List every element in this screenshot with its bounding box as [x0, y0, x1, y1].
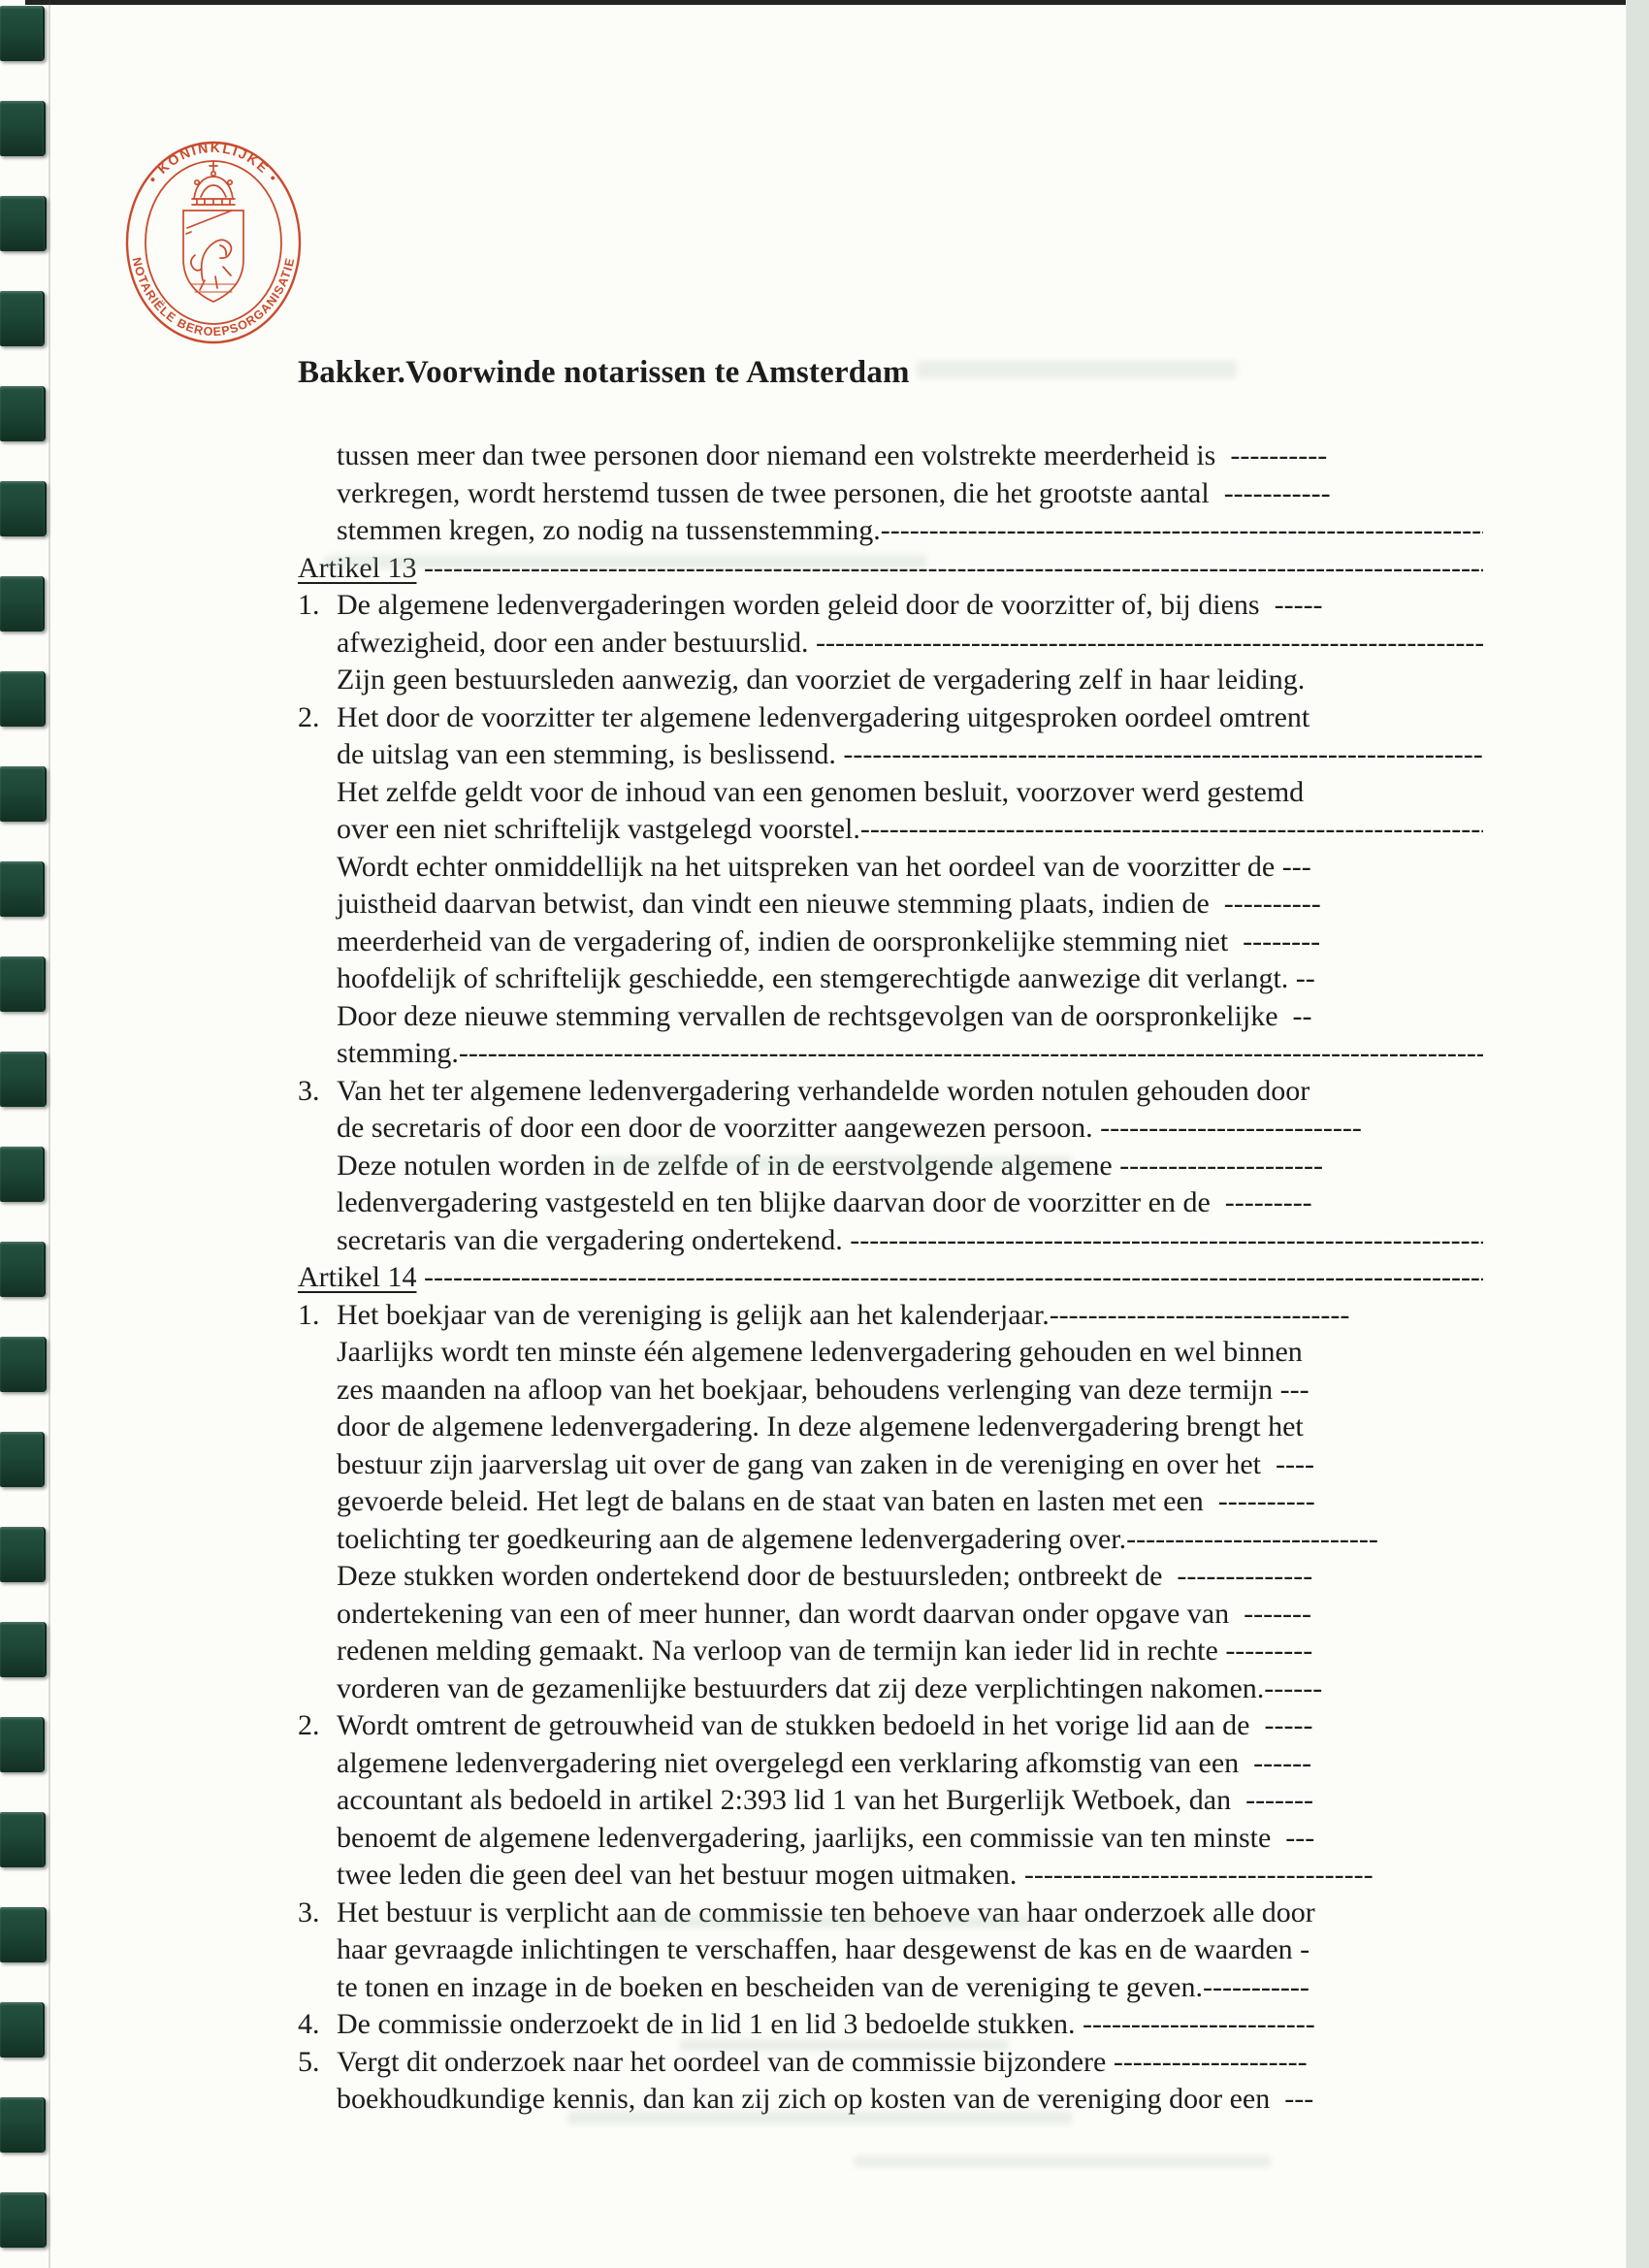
body-line: de secretaris of door een door de voorzi…: [298, 1110, 1483, 1148]
line-text: Wordt omtrent de getrouwheid van de stuk…: [337, 1709, 1312, 1741]
line-text: secretaris van die vergadering onderteke…: [337, 1224, 1483, 1256]
bleedthrough-artifact: [917, 361, 1237, 378]
body-line: 1.De algemene ledenvergaderingen worden …: [298, 587, 1483, 625]
body-line: accountant als bedoeld in artikel 2:393 …: [298, 1782, 1483, 1820]
binding-tab: [0, 6, 45, 61]
line-text: Het boekjaar van de vereniging is gelijk…: [337, 1299, 1349, 1331]
body-line: afwezigheid, door een ander bestuurslid.…: [298, 625, 1483, 663]
binding-tab: [0, 1717, 45, 1772]
line-text: te tonen en inzage in de boeken en besch…: [337, 1971, 1309, 2003]
line-text: De commissie onderzoekt de in lid 1 en l…: [337, 2008, 1315, 2040]
list-number: 4.: [298, 2006, 320, 2044]
binding-tab: [0, 1432, 45, 1487]
line-text: Het zelfde geldt voor de inhoud van een …: [337, 776, 1304, 808]
body-line: Wordt echter onmiddellijk na het uitspre…: [298, 849, 1483, 887]
binding-tab: [0, 1337, 47, 1392]
body-line: te tonen en inzage in de boeken en besch…: [298, 1969, 1483, 2007]
list-number: 5.: [298, 2044, 320, 2082]
seal-text-bottom: NOTARIËLE BEROEPSORGANISATIE: [130, 256, 298, 339]
body-line: 3.Van het ter algemene ledenvergadering …: [298, 1073, 1483, 1111]
body-line: stemmen kregen, zo nodig na tussenstemmi…: [298, 512, 1483, 550]
binding-tab: [0, 1812, 46, 1867]
body-line: 5.Vergt dit onderzoek naar het oordeel v…: [298, 2044, 1483, 2082]
line-text: boekhoudkundige kennis, dan kan zij zich…: [337, 2083, 1313, 2115]
body-line: ondertekening van een of meer hunner, da…: [298, 1596, 1483, 1634]
binding-tab: [0, 2192, 47, 2248]
line-text: ledenvergadering vastgesteld en ten blij…: [337, 1186, 1312, 1218]
knb-seal: • KONINKLIJKE • NOTARIËLE BEROEPSORGANIS…: [123, 139, 304, 347]
line-text: De algemene ledenvergaderingen worden ge…: [337, 589, 1323, 621]
body-line: Jaarlijks wordt ten minste één algemene …: [298, 1334, 1483, 1372]
body-line: juistheid daarvan betwist, dan vindt een…: [298, 886, 1483, 923]
line-text: algemene ledenvergadering niet overgeleg…: [337, 1747, 1311, 1779]
binding-tab: [0, 101, 46, 156]
body-line: toelichting ter goedkeuring aan de algem…: [298, 1521, 1483, 1559]
line-text: twee leden die geen deel van het bestuur…: [337, 1859, 1374, 1891]
document-body: tussen meer dan twee personen door niema…: [298, 437, 1483, 2119]
body-line: 4.De commissie onderzoekt de in lid 1 en…: [298, 2006, 1483, 2044]
line-text: ----------------------------------------…: [416, 1261, 1483, 1293]
body-line: 1.Het boekjaar van de vereniging is geli…: [298, 1297, 1483, 1335]
list-number: 3.: [298, 1895, 320, 1932]
body-line: vorderen van de gezamenlijke bestuurders…: [298, 1670, 1483, 1708]
binding-tab: [0, 1147, 45, 1202]
list-number: 2.: [298, 1707, 320, 1745]
artikel-heading-line: Artikel 14 -----------------------------…: [298, 1259, 1483, 1297]
line-text: Wordt echter onmiddellijk na het uitspre…: [337, 851, 1311, 883]
binding-tab: [0, 1622, 47, 1677]
binding-tab: [0, 481, 47, 536]
line-text: Het door de voorzitter ter algemene lede…: [337, 701, 1309, 733]
line-text: Van het ter algemene ledenvergadering ve…: [337, 1075, 1309, 1107]
line-text: bestuur zijn jaarverslag uit over de gan…: [337, 1448, 1314, 1480]
binding-tab: [0, 2002, 45, 2057]
body-line: boekhoudkundige kennis, dan kan zij zich…: [298, 2081, 1483, 2119]
body-line: Het zelfde geldt voor de inhoud van een …: [298, 774, 1483, 812]
body-line: benoemt de algemene ledenvergadering, ja…: [298, 1820, 1483, 1858]
line-text: ondertekening van een of meer hunner, da…: [337, 1598, 1311, 1630]
body-line: Deze stukken worden ondertekend door de …: [298, 1558, 1483, 1596]
line-text: de secretaris of door een door de voorzi…: [337, 1112, 1362, 1144]
body-line: over een niet schriftelijk vastgelegd vo…: [298, 811, 1483, 849]
body-line: redenen melding gemaakt. Na verloop van …: [298, 1633, 1483, 1670]
bleedthrough-artifact: [854, 2155, 1271, 2167]
binding-tab: [0, 671, 46, 727]
binding-tab: [0, 956, 46, 1012]
body-line: verkregen, wordt herstemd tussen de twee…: [298, 475, 1483, 513]
line-text: door de algemene ledenvergadering. In de…: [337, 1410, 1304, 1442]
artikel-label: Artikel 14: [298, 1261, 416, 1293]
binding-tab: [0, 1242, 46, 1297]
line-text: redenen melding gemaakt. Na verloop van …: [337, 1635, 1312, 1667]
line-text: Het bestuur is verplicht aan de commissi…: [337, 1896, 1315, 1928]
scanned-document-page: { "document": { "header": "Bakker.Voorwi…: [0, 0, 1649, 2268]
line-text: Deze stukken worden ondertekend door de …: [337, 1560, 1312, 1592]
seal-crest: [183, 162, 243, 302]
line-text: gevoerde beleid. Het legt de balans en d…: [337, 1485, 1315, 1517]
body-line: stemming.-------------------------------…: [298, 1035, 1483, 1073]
binding-tab: [0, 766, 47, 822]
line-text: Jaarlijks wordt ten minste één algemene …: [337, 1336, 1303, 1368]
line-text: Deze notulen worden in de zelfde of in d…: [337, 1150, 1323, 1182]
binding-tab: [0, 291, 45, 346]
line-text: stemming.-------------------------------…: [337, 1037, 1483, 1069]
line-text: vorderen van de gezamenlijke bestuurders…: [337, 1672, 1322, 1704]
line-text: haar gevraagde inlichtingen te verschaff…: [337, 1933, 1309, 1965]
svg-text:NOTARIËLE BEROEPSORGANISATIE: NOTARIËLE BEROEPSORGANISATIE: [130, 256, 298, 339]
line-text: Zijn geen bestuursleden aanwezig, dan vo…: [337, 664, 1305, 696]
line-text: tussen meer dan twee personen door niema…: [337, 439, 1327, 471]
scan-top-edge: [25, 0, 1649, 5]
binding-tab: [0, 196, 47, 251]
body-line: secretaris van die vergadering onderteke…: [298, 1222, 1483, 1260]
list-number: 3.: [298, 1073, 320, 1111]
body-line: door de algemene ledenvergadering. In de…: [298, 1409, 1483, 1446]
body-line: ledenvergadering vastgesteld en ten blij…: [298, 1184, 1483, 1222]
line-text: accountant als bedoeld in artikel 2:393 …: [337, 1784, 1313, 1816]
page-left-edge: [48, 0, 50, 2268]
binding-tab: [0, 1527, 46, 1582]
binding-tab: [0, 386, 46, 441]
binding-tab: [0, 1052, 47, 1107]
line-text: hoofdelijk of schriftelijk geschiedde, e…: [337, 962, 1315, 994]
scan-right-strip: [1626, 0, 1649, 2268]
body-line: 2.Wordt omtrent de getrouwheid van de st…: [298, 1707, 1483, 1745]
line-text: verkregen, wordt herstemd tussen de twee…: [337, 477, 1331, 509]
line-text: over een niet schriftelijk vastgelegd vo…: [337, 813, 1483, 845]
body-line: meerderheid van de vergadering of, indie…: [298, 923, 1483, 961]
body-line: 3.Het bestuur is verplicht aan de commis…: [298, 1895, 1483, 1932]
list-number: 1.: [298, 587, 320, 625]
binding-tab: [0, 576, 45, 632]
body-line: Deze notulen worden in de zelfde of in d…: [298, 1148, 1483, 1185]
line-text: zes maanden na afloop van het boekjaar, …: [337, 1374, 1309, 1406]
line-text: benoemt de algemene ledenvergadering, ja…: [337, 1822, 1314, 1854]
binding-tab: [0, 1907, 47, 1962]
body-line: haar gevraagde inlichtingen te verschaff…: [298, 1931, 1483, 1969]
body-line: twee leden die geen deel van het bestuur…: [298, 1857, 1483, 1895]
artikel-heading-line: Artikel 13 -----------------------------…: [298, 550, 1483, 588]
line-text: afwezigheid, door een ander bestuurslid.…: [337, 627, 1483, 659]
line-text: toelichting ter goedkeuring aan de algem…: [337, 1523, 1378, 1555]
list-number: 1.: [298, 1297, 320, 1335]
body-line: zes maanden na afloop van het boekjaar, …: [298, 1372, 1483, 1409]
binding-tab: [0, 2097, 46, 2153]
body-line: 2.Het door de voorzitter ter algemene le…: [298, 699, 1483, 737]
line-text: ----------------------------------------…: [416, 552, 1483, 584]
body-line: hoofdelijk of schriftelijk geschiedde, e…: [298, 960, 1483, 998]
line-text: de uitslag van een stemming, is beslisse…: [337, 738, 1483, 770]
list-number: 2.: [298, 699, 320, 737]
body-line: de uitslag van een stemming, is beslisse…: [298, 736, 1483, 774]
body-line: gevoerde beleid. Het legt de balans en d…: [298, 1483, 1483, 1521]
artikel-label: Artikel 13: [298, 552, 416, 584]
body-line: algemene ledenvergadering niet overgeleg…: [298, 1745, 1483, 1783]
line-text: Door deze nieuwe stemming vervallen de r…: [337, 1000, 1311, 1032]
line-text: Vergt dit onderzoek naar het oordeel van…: [337, 2046, 1308, 2078]
body-line: Door deze nieuwe stemming vervallen de r…: [298, 998, 1483, 1036]
body-line: Zijn geen bestuursleden aanwezig, dan vo…: [298, 662, 1483, 699]
notary-office-title: Bakker.Voorwinde notarissen te Amsterdam: [298, 355, 910, 391]
binding-tab: [0, 861, 45, 917]
line-text: meerderheid van de vergadering of, indie…: [337, 925, 1320, 957]
line-text: stemmen kregen, zo nodig na tussenstemmi…: [337, 514, 1483, 546]
body-line: bestuur zijn jaarverslag uit over de gan…: [298, 1446, 1483, 1484]
line-text: juistheid daarvan betwist, dan vindt een…: [337, 888, 1321, 920]
body-line: tussen meer dan twee personen door niema…: [298, 437, 1483, 475]
